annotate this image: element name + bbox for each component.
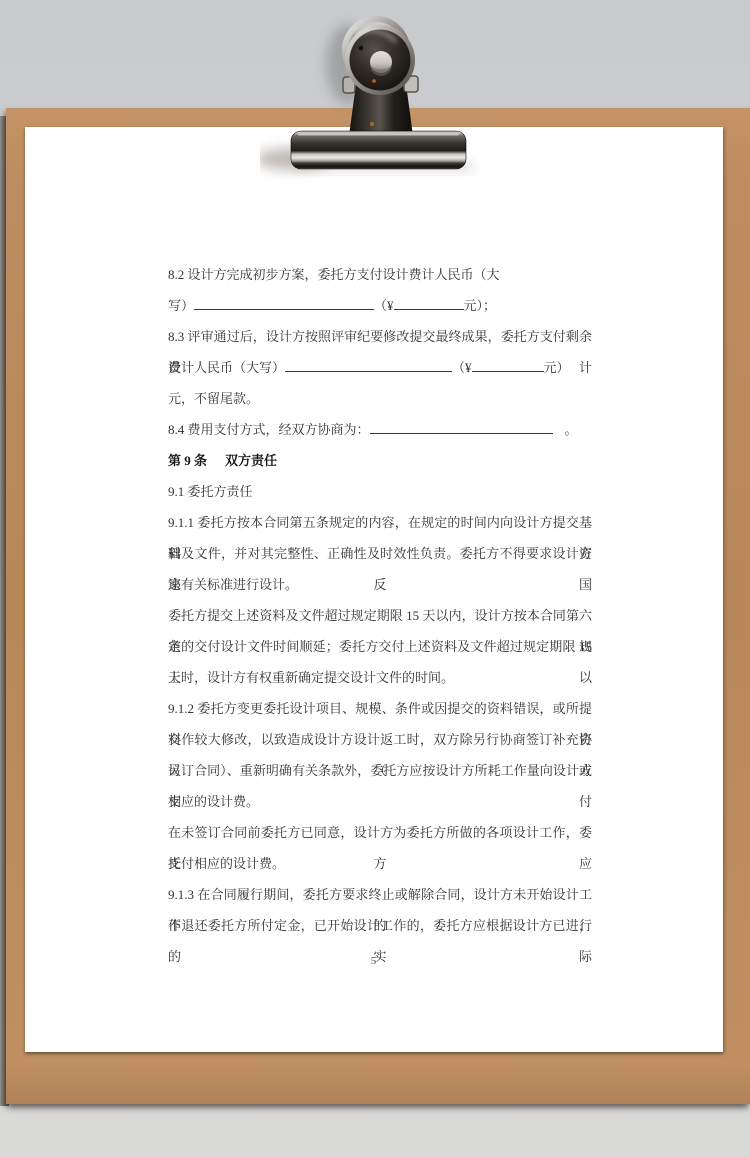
blank-underline <box>394 296 464 310</box>
clause-8-4: 8.4 费用支付方式，经双方协商为：。 <box>168 414 592 445</box>
clause-9-1-1-line-1: 9.1.1 委托方按本合同第五条规定的内容，在规定的时间内向设计方提交基础资 <box>168 507 592 538</box>
paper-sheet: 8.2 设计方完成初步方案，委托方支付设计费计人民币（大写）（¥元）；8.3 评… <box>25 127 723 1052</box>
spacer <box>553 433 565 434</box>
blank-underline <box>472 358 544 372</box>
clause-9-1-3-line-1: 9.1.3 在合同履行期间，委托方要求终止或解除合同，设计方未开始设计工作的， <box>168 879 592 910</box>
clause-9-1: 9.1 委托方责任 <box>168 476 592 507</box>
clause-8-2-line-2: 写）（¥元）； <box>168 290 592 321</box>
scene-background: 8.2 设计方完成初步方案，委托方支付设计费计人民币（大写）（¥元）；8.3 评… <box>0 0 750 1157</box>
clause-8-3-line-1: 8.3 评审通过后，设计方按照评审纪要修改提交最终成果，委托方支付剩余设计 <box>168 321 592 352</box>
clause-8-2-line-1: 8.2 设计方完成初步方案，委托方支付设计费计人民币（大 <box>168 259 592 290</box>
clause-8-3-line-3: 元，不留尾款。 <box>168 383 592 414</box>
clause-9-1-1-line-2: 料及文件，并对其完整性、正确性及时效性负责。委托方不得要求设计方违反国 <box>168 538 592 569</box>
blank-underline <box>194 296 374 310</box>
clause-9-1-2-line-2: 料作较大修改，以致造成设计方设计返工时，双方除另行协商签订补充协议（或 <box>168 724 592 755</box>
clause-9-1-2-para-2-line-1: 在未签订合同前委托方已同意，设计方为委托方所做的各项设计工作，委托方应 <box>168 817 592 848</box>
document-lines: 8.2 设计方完成初步方案，委托方支付设计费计人民币（大写）（¥元）；8.3 评… <box>168 259 592 941</box>
clause-9-1-3-line-2: 不退还委托方所付定金，已开始设计工作的，委托方应根据设计方已进行的实际 <box>168 910 592 941</box>
clause-9-1-1-para-2-line-2: 定的交付设计文件时间顺延；委托方交付上述资料及文件超过规定期限 15 天以 <box>168 631 592 662</box>
binder-clip-icon <box>260 12 496 187</box>
page-number: 5 <box>25 955 723 967</box>
clause-9-1-1-para-2-line-1: 委托方提交上述资料及文件超过规定期限 15 天以内，设计方按本合同第六条规 <box>168 600 592 631</box>
heading-article-9: 第 9 条双方责任 <box>168 445 592 476</box>
spacer <box>207 464 225 465</box>
clause-8-3-line-2: 费计人民币（大写）（¥元） <box>168 352 592 383</box>
clause-9-1-2-line-1: 9.1.2 委托方变更委托设计项目、规模、条件或因提交的资料错误，或所提交资 <box>168 693 592 724</box>
blank-underline <box>285 358 452 372</box>
clause-9-1-2-line-3: 另订合同）、重新明确有关条款外，委托方应按设计方所耗工作量向设计方支付 <box>168 755 592 786</box>
blank-underline <box>370 420 553 434</box>
